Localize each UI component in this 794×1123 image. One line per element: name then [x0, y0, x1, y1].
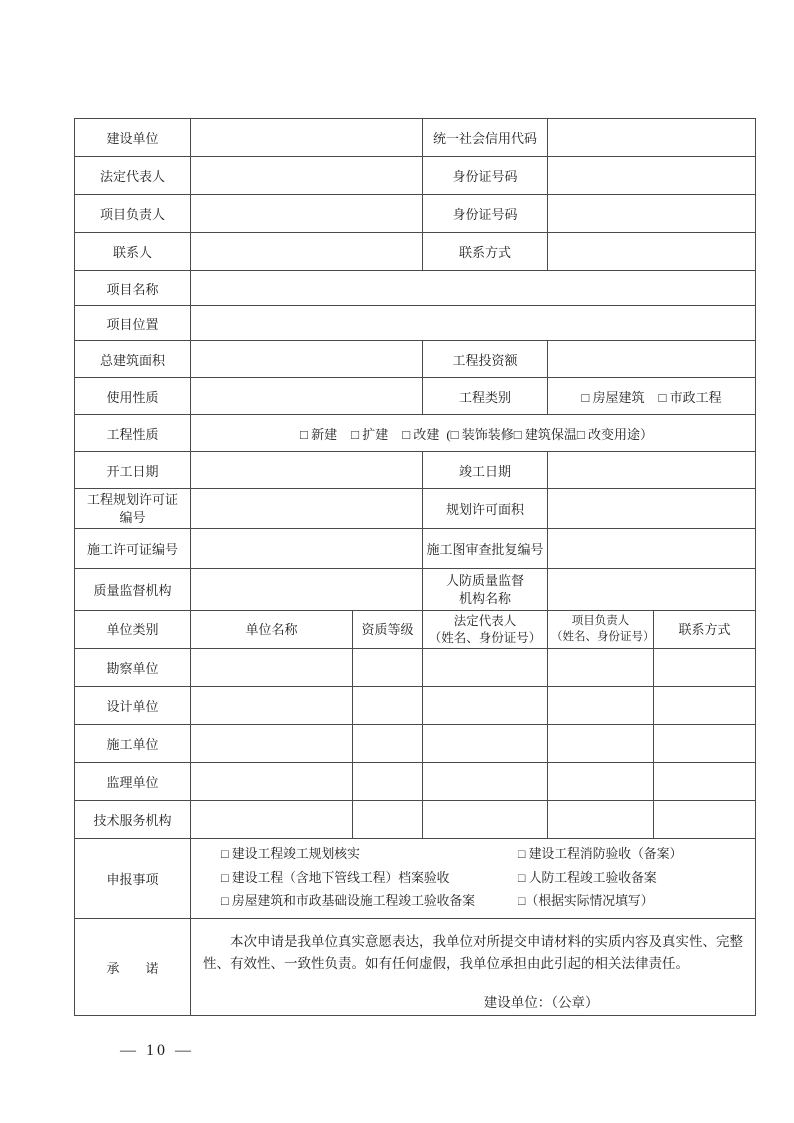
row-start-date: 开工日期 竣工日期 [75, 452, 756, 489]
field-manager-id-number[interactable] [548, 195, 756, 233]
checkbox-decoration[interactable]: (□ 装饰装修 [446, 427, 513, 442]
field-drawing-review-approval-number[interactable] [548, 529, 756, 569]
field-technical-service-grade[interactable] [353, 801, 423, 839]
checkbox-civil-defense-acceptance[interactable]: □ 人防工程竣工验收备案 [518, 867, 751, 891]
label-contact-person: 联系人 [75, 233, 191, 271]
row-construction-permit: 施工许可证编号 施工图审查批复编号 [75, 529, 756, 569]
field-supervision-unit-grade[interactable] [353, 763, 423, 801]
unit-row-survey: 勘察单位 [75, 649, 756, 687]
checkbox-archives-acceptance[interactable]: □ 建设工程（含地下管线工程）档案验收 [221, 867, 518, 891]
field-technical-service-manager[interactable] [548, 801, 654, 839]
field-use-nature[interactable] [191, 378, 423, 415]
header-legal-rep-id: 法定代表人 （姓名、身份证号） [423, 611, 548, 649]
label-supervision-unit: 监理单位 [75, 763, 191, 801]
field-supervision-unit-manager[interactable] [548, 763, 654, 801]
field-supervision-unit-name[interactable] [191, 763, 353, 801]
commitment-text: 本次申请是我单位真实意愿表达，我单位对所提交申请材料的实质内容及真实性、完整性、… [203, 931, 743, 975]
form-page: 建设单位 统一社会信用代码 法定代表人 身份证号码 项目负责人 身份证号码 联系… [0, 0, 794, 1123]
field-construction-unit[interactable] [191, 119, 423, 157]
label-credit-code: 统一社会信用代码 [423, 119, 548, 157]
checkbox-municipal-engineering[interactable]: □ 市政工程 [659, 390, 722, 405]
header-unit-name: 单位名称 [191, 611, 353, 649]
label-use-nature: 使用性质 [75, 378, 191, 415]
label-project-location: 项目位置 [75, 306, 191, 341]
label-technical-service-agency: 技术服务机构 [75, 801, 191, 839]
field-technical-service-contact[interactable] [654, 801, 756, 839]
row-project-nature: 工程性质 □ 新建□ 扩建□ 改建(□ 装饰装修□ 建筑保温□ 改变用途） [75, 415, 756, 452]
label-legal-rep-id-number: 身份证号码 [423, 157, 548, 195]
row-construction-unit: 建设单位 统一社会信用代码 [75, 119, 756, 157]
field-survey-unit-manager[interactable] [548, 649, 654, 687]
checkbox-expansion[interactable]: □ 扩建 [351, 427, 388, 442]
unit-row-design: 设计单位 [75, 687, 756, 725]
field-planning-permit-number[interactable] [191, 489, 423, 529]
label-commitment: 承 诺 [75, 919, 191, 1016]
row-contact-person: 联系人 联系方式 [75, 233, 756, 271]
label-declaration-items: 申报事项 [75, 839, 191, 919]
page-number: — 10 — [120, 1042, 194, 1060]
field-project-manager[interactable] [191, 195, 423, 233]
unit-row-construction: 施工单位 [75, 725, 756, 763]
field-technical-service-legal-rep[interactable] [423, 801, 548, 839]
row-building-area: 总建筑面积 工程投资额 [75, 341, 756, 378]
field-contact-method[interactable] [548, 233, 756, 271]
field-design-unit-legal-rep[interactable] [423, 687, 548, 725]
unit-row-technical-service: 技术服务机构 [75, 801, 756, 839]
label-quality-supervision-agency: 质量监督机构 [75, 569, 191, 611]
checkbox-fill-as-appropriate[interactable]: □（根据实际情况填写） [518, 890, 751, 914]
row-legal-representative: 法定代表人 身份证号码 [75, 157, 756, 195]
field-survey-unit-legal-rep[interactable] [423, 649, 548, 687]
field-construction-unit-name[interactable] [191, 725, 353, 763]
label-legal-representative: 法定代表人 [75, 157, 191, 195]
field-civil-defense-quality-supervision-agency[interactable] [548, 569, 756, 611]
row-project-manager: 项目负责人 身份证号码 [75, 195, 756, 233]
row-use-nature: 使用性质 工程类别 □ 房屋建筑□ 市政工程 [75, 378, 756, 415]
field-legal-rep-id-number[interactable] [548, 157, 756, 195]
checkbox-completion-acceptance-filing[interactable]: □ 房屋建筑和市政基础设施工程竣工验收备案 [221, 890, 518, 914]
field-project-nature: □ 新建□ 扩建□ 改建(□ 装饰装修□ 建筑保温□ 改变用途） [191, 415, 756, 452]
label-planning-permit-number: 工程规划许可证 编号 [75, 489, 191, 529]
field-credit-code[interactable] [548, 119, 756, 157]
row-project-location: 项目位置 [75, 306, 756, 341]
checkbox-renovation[interactable]: □ 改建 [402, 427, 439, 442]
field-project-name[interactable] [191, 271, 756, 306]
label-contact-method: 联系方式 [423, 233, 548, 271]
field-permitted-area[interactable] [548, 489, 756, 529]
row-quality-supervision: 质量监督机构 人防质量监督 机构名称 [75, 569, 756, 611]
header-contact-method: 联系方式 [654, 611, 756, 649]
checkbox-new-construction[interactable]: □ 新建 [300, 427, 337, 442]
field-investment-amount[interactable] [548, 341, 756, 378]
checkbox-planning-verification[interactable]: □ 建设工程竣工规划核实 [221, 843, 518, 867]
field-technical-service-name[interactable] [191, 801, 353, 839]
units-header-row: 单位类别 单位名称 资质等级 法定代表人 （姓名、身份证号） 项目负责人 （姓名… [75, 611, 756, 649]
label-drawing-review-approval-number: 施工图审查批复编号 [423, 529, 548, 569]
field-survey-unit-grade[interactable] [353, 649, 423, 687]
label-start-date: 开工日期 [75, 452, 191, 489]
label-construction-unit: 建设单位 [75, 119, 191, 157]
label-completion-date: 竣工日期 [423, 452, 548, 489]
header-qualification-grade: 资质等级 [353, 611, 423, 649]
checkbox-housing-construction[interactable]: □ 房屋建筑 [581, 390, 644, 405]
field-design-unit-name[interactable] [191, 687, 353, 725]
field-design-unit-manager[interactable] [548, 687, 654, 725]
checkbox-building-insulation[interactable]: □ 建筑保温 [514, 427, 577, 442]
field-construction-unit-manager[interactable] [548, 725, 654, 763]
label-total-building-area: 总建筑面积 [75, 341, 191, 378]
field-supervision-unit-legal-rep[interactable] [423, 763, 548, 801]
label-project-name: 项目名称 [75, 271, 191, 306]
field-start-date[interactable] [191, 452, 423, 489]
field-total-building-area[interactable] [191, 341, 423, 378]
unit-row-supervision: 监理单位 [75, 763, 756, 801]
label-design-unit: 设计单位 [75, 687, 191, 725]
field-legal-representative[interactable] [191, 157, 423, 195]
field-commitment: 本次申请是我单位真实意愿表达，我单位对所提交申请材料的实质内容及真实性、完整性、… [191, 919, 756, 1016]
field-project-location[interactable] [191, 306, 756, 341]
field-contact-person[interactable] [191, 233, 423, 271]
row-declaration-items: 申报事项 □ 建设工程竣工规划核实 □ 建设工程消防验收（备案） □ 建设工程（… [75, 839, 756, 919]
field-construction-unit-contact[interactable] [654, 725, 756, 763]
label-project-nature: 工程性质 [75, 415, 191, 452]
signature-line: 建设单位：（公章） [203, 991, 743, 1011]
label-civil-defense-quality-supervision-agency: 人防质量监督 机构名称 [423, 569, 548, 611]
label-project-category: 工程类别 [423, 378, 548, 415]
label-survey-unit: 勘察单位 [75, 649, 191, 687]
field-construction-unit-legal-rep[interactable] [423, 725, 548, 763]
field-design-unit-grade[interactable] [353, 687, 423, 725]
checkbox-fire-acceptance[interactable]: □ 建设工程消防验收（备案） [518, 843, 751, 867]
field-construction-permit-number[interactable] [191, 529, 423, 569]
row-commitment: 承 诺 本次申请是我单位真实意愿表达，我单位对所提交申请材料的实质内容及真实性、… [75, 919, 756, 1016]
field-survey-unit-contact[interactable] [654, 649, 756, 687]
field-declaration-items: □ 建设工程竣工规划核实 □ 建设工程消防验收（备案） □ 建设工程（含地下管线… [191, 839, 756, 919]
label-investment-amount: 工程投资额 [423, 341, 548, 378]
field-quality-supervision-agency[interactable] [191, 569, 423, 611]
field-survey-unit-name[interactable] [191, 649, 353, 687]
field-design-unit-contact[interactable] [654, 687, 756, 725]
row-project-name: 项目名称 [75, 271, 756, 306]
label-permitted-area: 规划许可面积 [423, 489, 548, 529]
label-construction-permit-number: 施工许可证编号 [75, 529, 191, 569]
row-planning-permit: 工程规划许可证 编号 规划许可面积 [75, 489, 756, 529]
checkbox-change-of-use[interactable]: □ 改变用途） [577, 427, 653, 442]
field-completion-date[interactable] [548, 452, 756, 489]
label-manager-id-number: 身份证号码 [423, 195, 548, 233]
application-form-table: 建设单位 统一社会信用代码 法定代表人 身份证号码 项目负责人 身份证号码 联系… [74, 118, 756, 1016]
field-construction-unit-grade[interactable] [353, 725, 423, 763]
header-project-manager-id: 项目负责人 （姓名、身份证号） [548, 611, 654, 649]
label-project-manager: 项目负责人 [75, 195, 191, 233]
field-supervision-unit-contact[interactable] [654, 763, 756, 801]
field-project-category: □ 房屋建筑□ 市政工程 [548, 378, 756, 415]
header-unit-category: 单位类别 [75, 611, 191, 649]
label-construction-unit-row: 施工单位 [75, 725, 191, 763]
